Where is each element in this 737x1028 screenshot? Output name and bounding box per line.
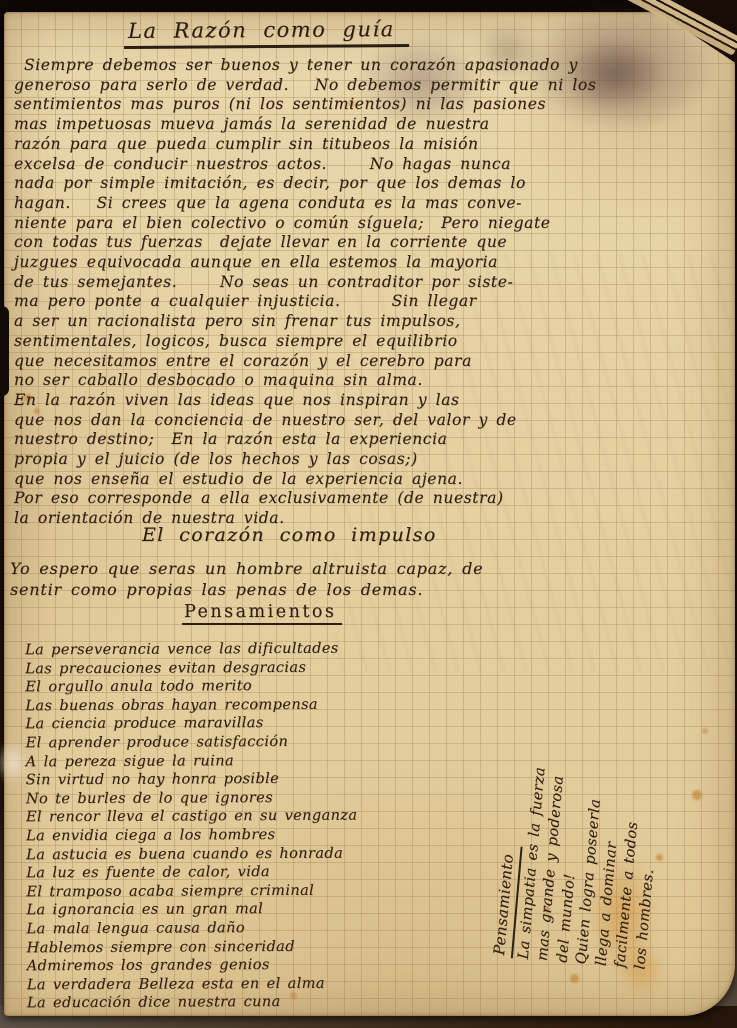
text-line: con todas tus fuerzas dejate llevar en l… [14, 233, 730, 253]
text-line: Siempre debemos ser buenos y tener un co… [14, 56, 730, 76]
rotated-margin-note: Pensamiento La simpatia es la fuerzamas … [490, 628, 680, 971]
text-line: juzgues equivocada aunque en ella estemo… [14, 253, 730, 273]
text-line: que necesitamos entre el corazón y el ce… [14, 352, 730, 372]
pensamientos-list: La perseverancia vence las dificultadesL… [25, 639, 527, 1013]
pensamiento-line: La educación dice nuestra cuna [27, 992, 527, 1013]
margin-note-lines: La simpatia es la fuerzamas grande y pod… [514, 630, 679, 971]
page-title: La Razón como guía [124, 17, 409, 49]
text-line: En la razón viven las ideas que nos insp… [14, 391, 730, 411]
notebook-photo: La Razón como guía Siempre debemos ser b… [0, 0, 737, 1028]
text-line: Yo espero que seras un hombre altruista … [10, 558, 710, 579]
text-line: de tus semejantes. No seas un contradito… [14, 273, 730, 293]
text-line: propia y el juicio (de los hechos y las … [14, 450, 730, 470]
section-heading-pensamientos: Pensamientos [182, 602, 342, 625]
text-line: niente para el bien colectivo o común sí… [14, 214, 730, 234]
binding-notch [0, 306, 9, 396]
main-paragraph: Siempre debemos ser buenos y tener un co… [14, 56, 730, 529]
text-line: mas impetuosas mueva jamás la serenidad … [14, 115, 730, 135]
text-line: sentir como propias las penas de los dem… [10, 579, 710, 600]
text-line: a ser un racionalista pero sin frenar tu… [14, 312, 730, 332]
text-line: excelsa de conducir nuestros actos. No h… [14, 155, 730, 175]
text-line: que nos enseña el estudio de la experien… [14, 470, 730, 490]
corazon-paragraph: Yo espero que seras un hombre altruista … [10, 558, 710, 600]
text-line: nuestro destino; En la razón esta la exp… [14, 430, 730, 450]
text-line: que nos dan la conciencia de nuestro ser… [14, 411, 730, 431]
fox-spot [692, 790, 702, 800]
text-line: hagan. Si crees que la agena conduta es … [14, 194, 730, 214]
text-line: sentimentales, logicos, busca siempre el… [14, 332, 730, 352]
text-line: sentimientos mas puros (ni los sentimien… [14, 95, 730, 115]
text-line: nada por simple imitación, es decir, por… [14, 174, 730, 194]
fox-spot [570, 974, 579, 983]
text-line: Por eso corresponde a ella exclusivament… [14, 489, 730, 509]
fox-spot [702, 728, 708, 734]
section-heading-corazon: El corazón como impulso [142, 524, 437, 546]
text-line: razón para que pueda cumplir sin titubeo… [14, 135, 730, 155]
text-line: ma pero ponte a cualquier injusticia. Si… [14, 292, 730, 312]
text-line: no ser caballo desbocado o maquina sin a… [14, 371, 730, 391]
text-line: generoso para serlo de verdad. No debemo… [14, 76, 730, 96]
notebook-page: La Razón como guía Siempre debemos ser b… [4, 12, 735, 1016]
